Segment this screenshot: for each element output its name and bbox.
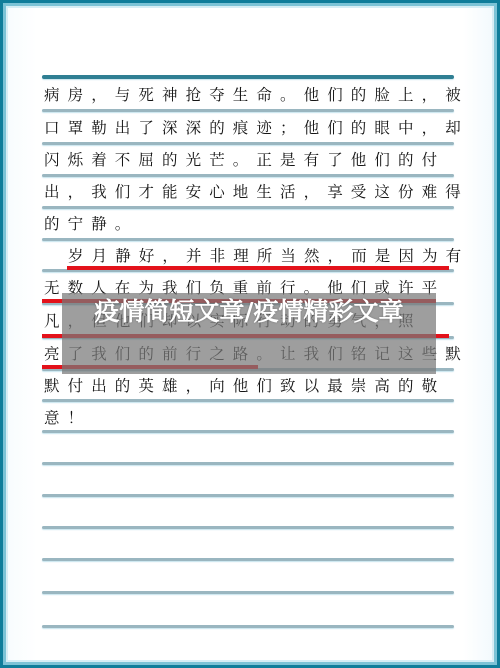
overlay-title: 疫情简短文章/疫情精彩文章 — [62, 293, 436, 331]
ruled-line — [42, 399, 454, 402]
ruled-line — [42, 494, 454, 497]
text-line: 默付出的英雄，向他们致以最崇高的敬 — [44, 376, 456, 396]
ruled-line — [42, 206, 454, 209]
text-line: 意！ — [44, 408, 456, 428]
ruled-line — [42, 238, 454, 241]
text-line: 的宁静。 — [44, 214, 456, 234]
ruled-line — [42, 625, 454, 628]
text-line: 出，我们才能安心地生活，享受这份难得 — [44, 182, 456, 202]
ruled-line — [42, 462, 454, 465]
ruled-line — [42, 526, 454, 529]
ruled-line — [42, 430, 454, 433]
red-underline — [67, 266, 449, 270]
text-line: 病房，与死神抢夺生命。他们的脸上，被 — [44, 85, 456, 105]
text-line: 口罩勒出了深深的痕迹；他们的眼中，却 — [44, 118, 456, 138]
ruled-line — [42, 75, 454, 79]
text-line: 闪烁着不屈的光芒。正是有了他们的付 — [44, 150, 456, 170]
ruled-line — [42, 174, 454, 177]
ruled-line — [42, 558, 454, 561]
text-line: 岁月静好，并非理所当然，而是因为有 — [68, 246, 480, 266]
ruled-line — [42, 591, 454, 594]
ruled-line — [42, 142, 454, 145]
ruled-line — [42, 109, 454, 112]
